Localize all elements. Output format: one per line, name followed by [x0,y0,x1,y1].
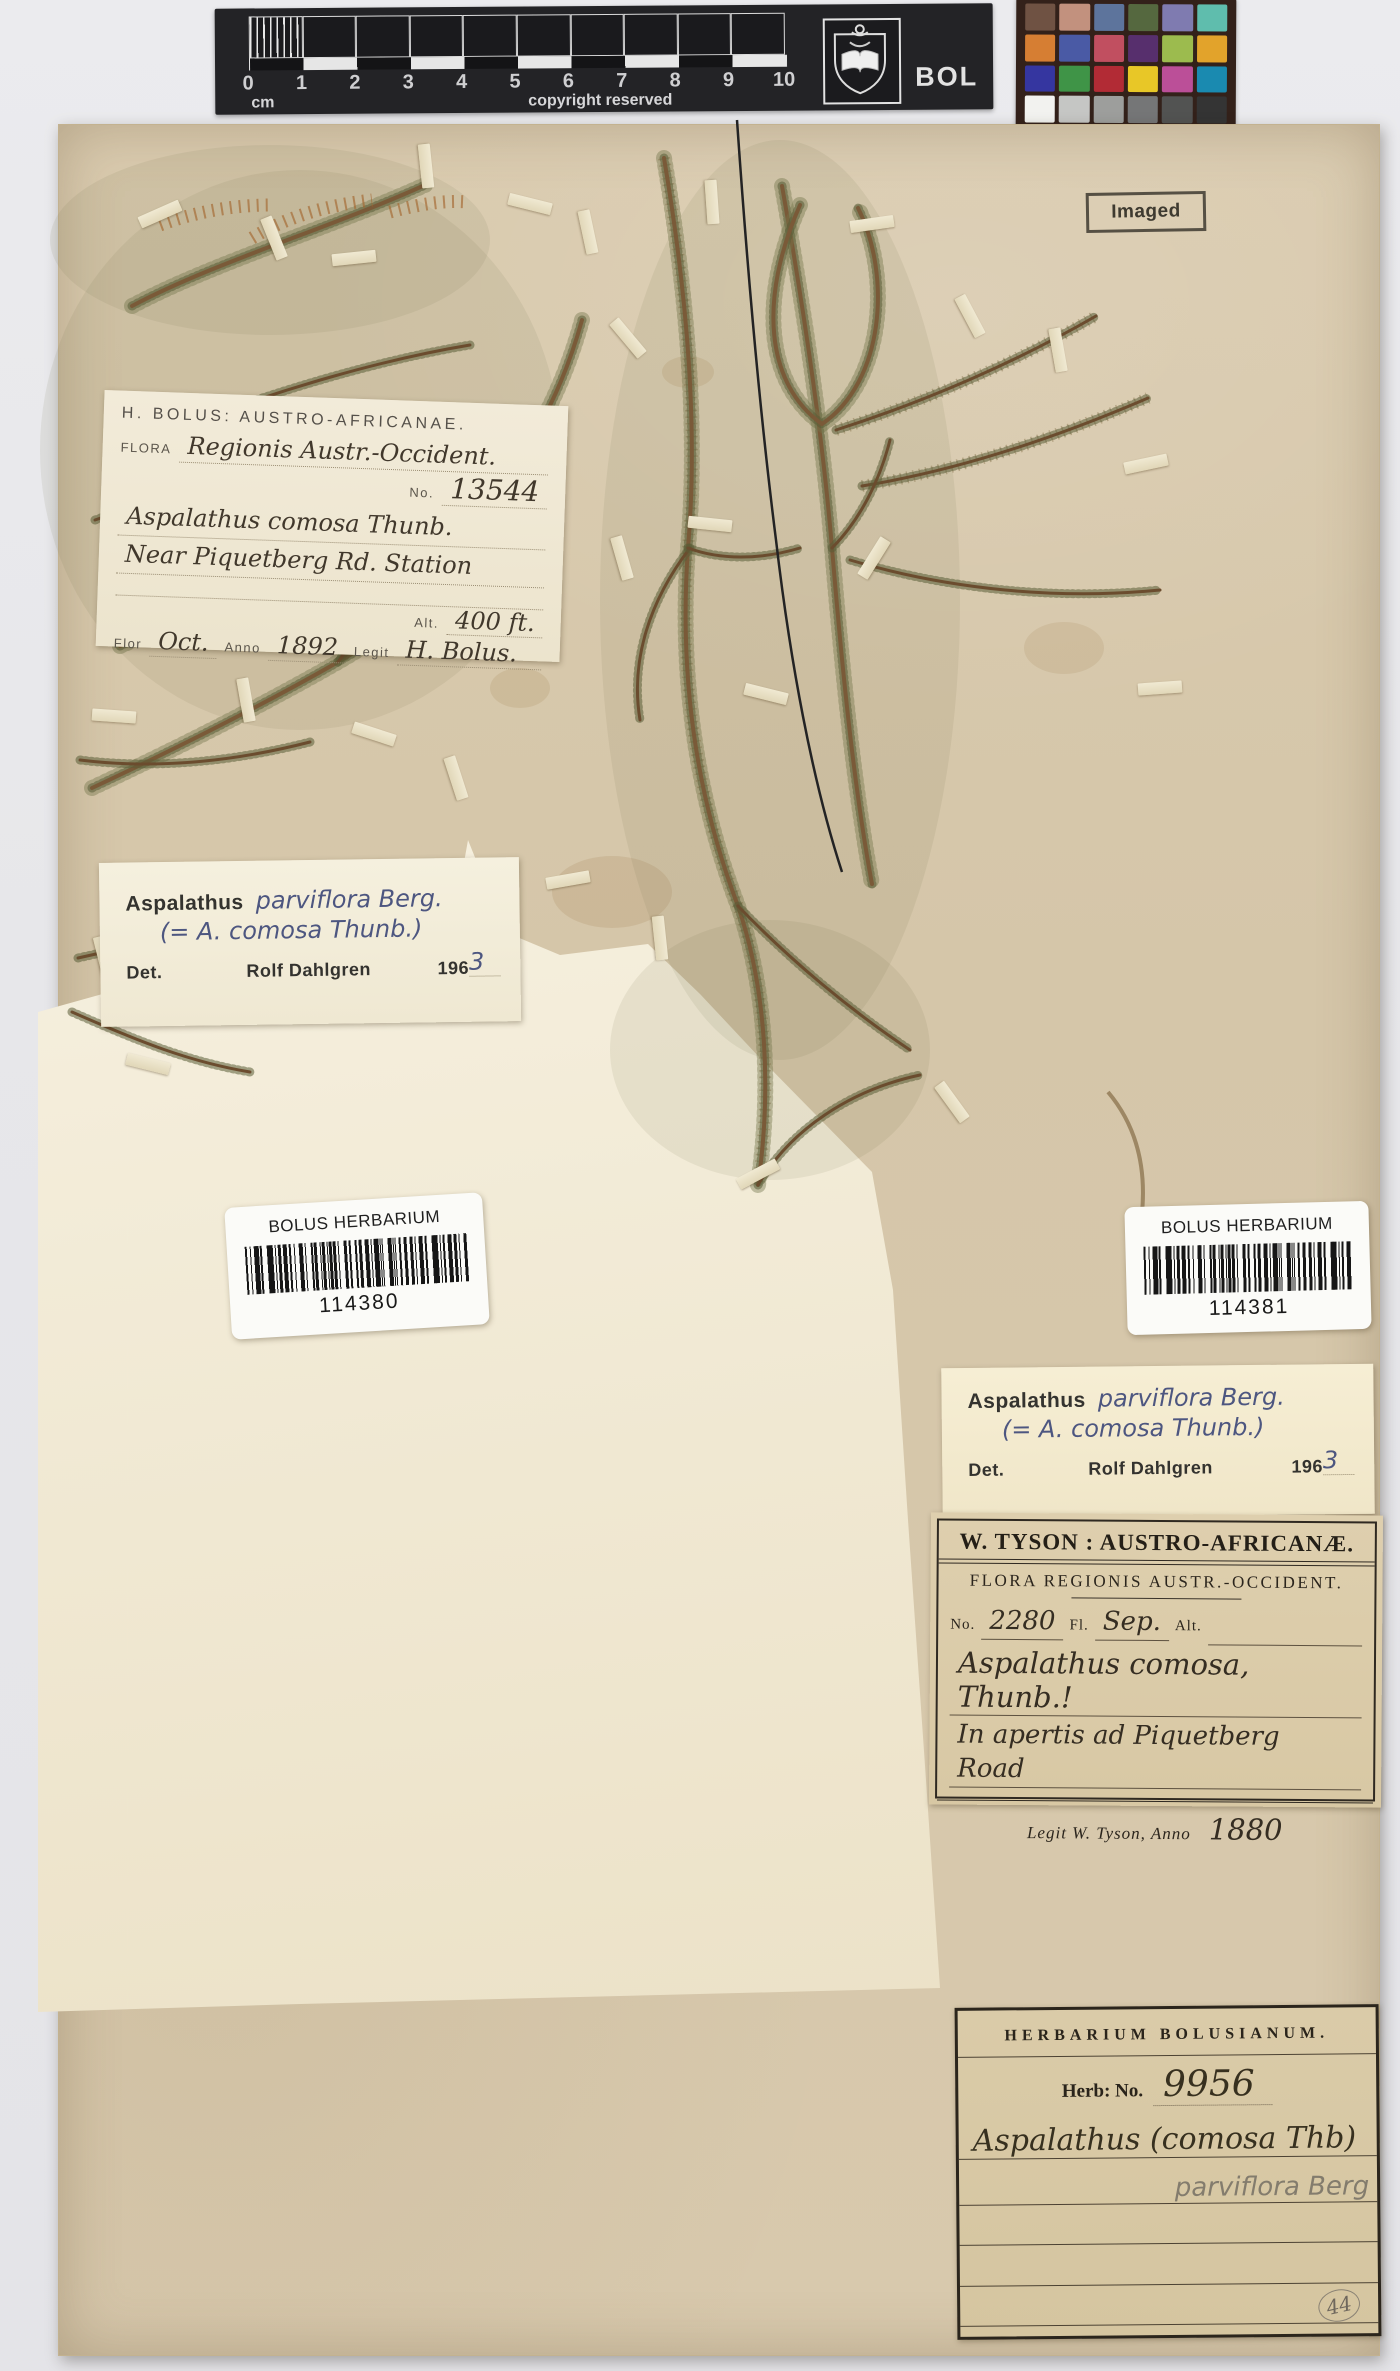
scale-unit: cm [251,94,274,112]
color-patch [1094,4,1124,31]
handwritten-synonym: (= A. comosa Thunb.) [160,914,423,946]
rule [939,1562,1375,1566]
color-patch [1025,3,1055,30]
rule [958,2053,1376,2058]
color-patch [1197,4,1227,31]
tyson-collection-label: W. TYSON : AUSTRO-AFRICANÆ. FLORA REGION… [929,1512,1383,1807]
color-patch [1196,97,1226,124]
rule [939,1558,1375,1562]
handwritten-value: Sep. [1095,1605,1169,1642]
bolusianum-label: HERBARIUM BOLUSIANUM. Herb: No. 9956 Asp… [955,2004,1382,2340]
color-patch [1025,65,1055,92]
color-patch [1197,66,1227,93]
handwritten-value: 2280 [981,1604,1063,1641]
scale-bar-halfcm-strip [249,55,787,71]
bolus-collection-label: H. BOLUS: AUSTRO-AFRICANAE. FLORA Region… [96,390,569,662]
handwritten-year-digit: 3 [1323,1446,1355,1475]
handwritten-year: 1880 [1209,1812,1283,1847]
blank-ruled-line [960,2283,1378,2327]
color-patch [1162,66,1192,93]
handwritten-year-digit: 3 [469,947,501,976]
color-patch [1059,4,1089,31]
barcode [1143,1241,1352,1294]
imaged-stamp: Imaged [1086,191,1207,233]
handwritten-taxon: Aspalathus comosa, Thunb.! [950,1646,1362,1719]
copyright-text: copyright reserved [445,91,755,111]
label-header: W. TYSON : AUSTRO-AFRICANÆ. [951,1527,1363,1560]
color-patch [1094,35,1124,62]
color-calibration-chart [1016,0,1237,133]
barcode-label-left: BOLUS HERBARIUM 114380 [224,1192,490,1340]
color-patch [1094,65,1124,92]
color-patch [1128,4,1158,31]
handwritten-number: 9956 [1153,2063,1273,2106]
color-patch [1128,96,1158,123]
printed-caption: Anno [224,633,261,662]
printed-determiner: Rolf Dahlgren [246,958,437,982]
handwritten-value: 13544 [442,474,548,510]
printed-caption: No. [409,478,435,509]
printed-caption: Herb: No. [1062,2080,1143,2103]
determination-label-left: Aspalathus parviflora Berg. (= A. comosa… [99,857,521,1027]
color-patch [1025,34,1055,61]
barcode [245,1233,470,1294]
handwritten-taxon: Aspalathus (comosa Thb) [973,2121,1357,2158]
handwritten-value: Oct. [150,627,217,659]
printed-caption: Det. [968,1459,1088,1481]
printed-year: 196 [437,958,469,979]
color-patch [1128,35,1158,62]
color-patch [1059,34,1089,61]
printed-caption: Legit [353,638,390,667]
blank-ruled-line [960,2242,1378,2286]
rule [937,1799,1373,1803]
handwritten-value: 1892 [268,631,346,664]
scale-bar: 0 1 2 3 4 5 6 7 8 9 10 cm copyright rese… [215,3,994,114]
printed-caption: Alt. [1175,1609,1202,1643]
barcode-number: 114381 [1141,1293,1358,1323]
scale-bar-ticks [249,13,785,59]
blank-line [1208,1609,1363,1646]
color-patch [1197,35,1227,62]
printed-year: 196 [1291,1456,1323,1477]
determination-label-right: Aspalathus parviflora Berg. (= A. comosa… [941,1364,1375,1519]
handwritten-locality: In apertis ad Piquetberg Road [949,1718,1361,1791]
color-patch [1059,65,1089,92]
color-patch [1162,4,1192,31]
handwritten-synonym: (= A. comosa Thunb.) [1002,1413,1265,1444]
color-patch [1162,35,1192,62]
rule [1071,1597,1241,1599]
printed-caption: Alt. [414,610,440,637]
herbarium-crest-icon [823,18,902,105]
color-patch [1025,96,1055,123]
barcode-label-right: BOLUS HERBARIUM 114381 [1124,1201,1371,1335]
printed-caption: FLORA [120,433,172,465]
color-patch [1059,96,1089,123]
printed-legit-line: Legit W. Tyson, Anno [1027,1823,1191,1844]
label-header: HERBARIUM BOLUSIANUM. [972,2021,1362,2048]
handwritten-value: H. Bolus. [397,635,542,670]
printed-genus: Aspalathus [125,891,244,917]
label-subheader: FLORA REGIONIS AUSTR.-OCCIDENT. [950,1571,1362,1594]
printed-caption: No. [950,1608,975,1642]
printed-caption: Det. [126,961,246,984]
pencil-annotation: parviflora Berg [1175,2171,1370,2203]
scale-bar-mm-cell [249,16,303,58]
handwritten-value: 400 ft. [447,607,544,638]
printed-caption: Fl. [1069,1608,1089,1642]
barcode-title: BOLUS HERBARIUM [1139,1213,1355,1239]
blank-ruled-line [959,2202,1377,2246]
printed-determiner: Rolf Dahlgren [1088,1457,1291,1480]
handwritten-species: parviflora Berg. [1098,1383,1285,1413]
bol-logo-text: BOL [915,61,978,92]
printed-genus: Aspalathus [967,1389,1085,1414]
printed-caption: Flor [113,629,142,658]
barcode-title: BOLUS HERBARIUM [239,1205,470,1239]
color-patch [1093,96,1123,123]
color-patch [1128,66,1158,93]
handwritten-species: parviflora Berg. [255,884,442,915]
color-patch [1162,96,1192,123]
